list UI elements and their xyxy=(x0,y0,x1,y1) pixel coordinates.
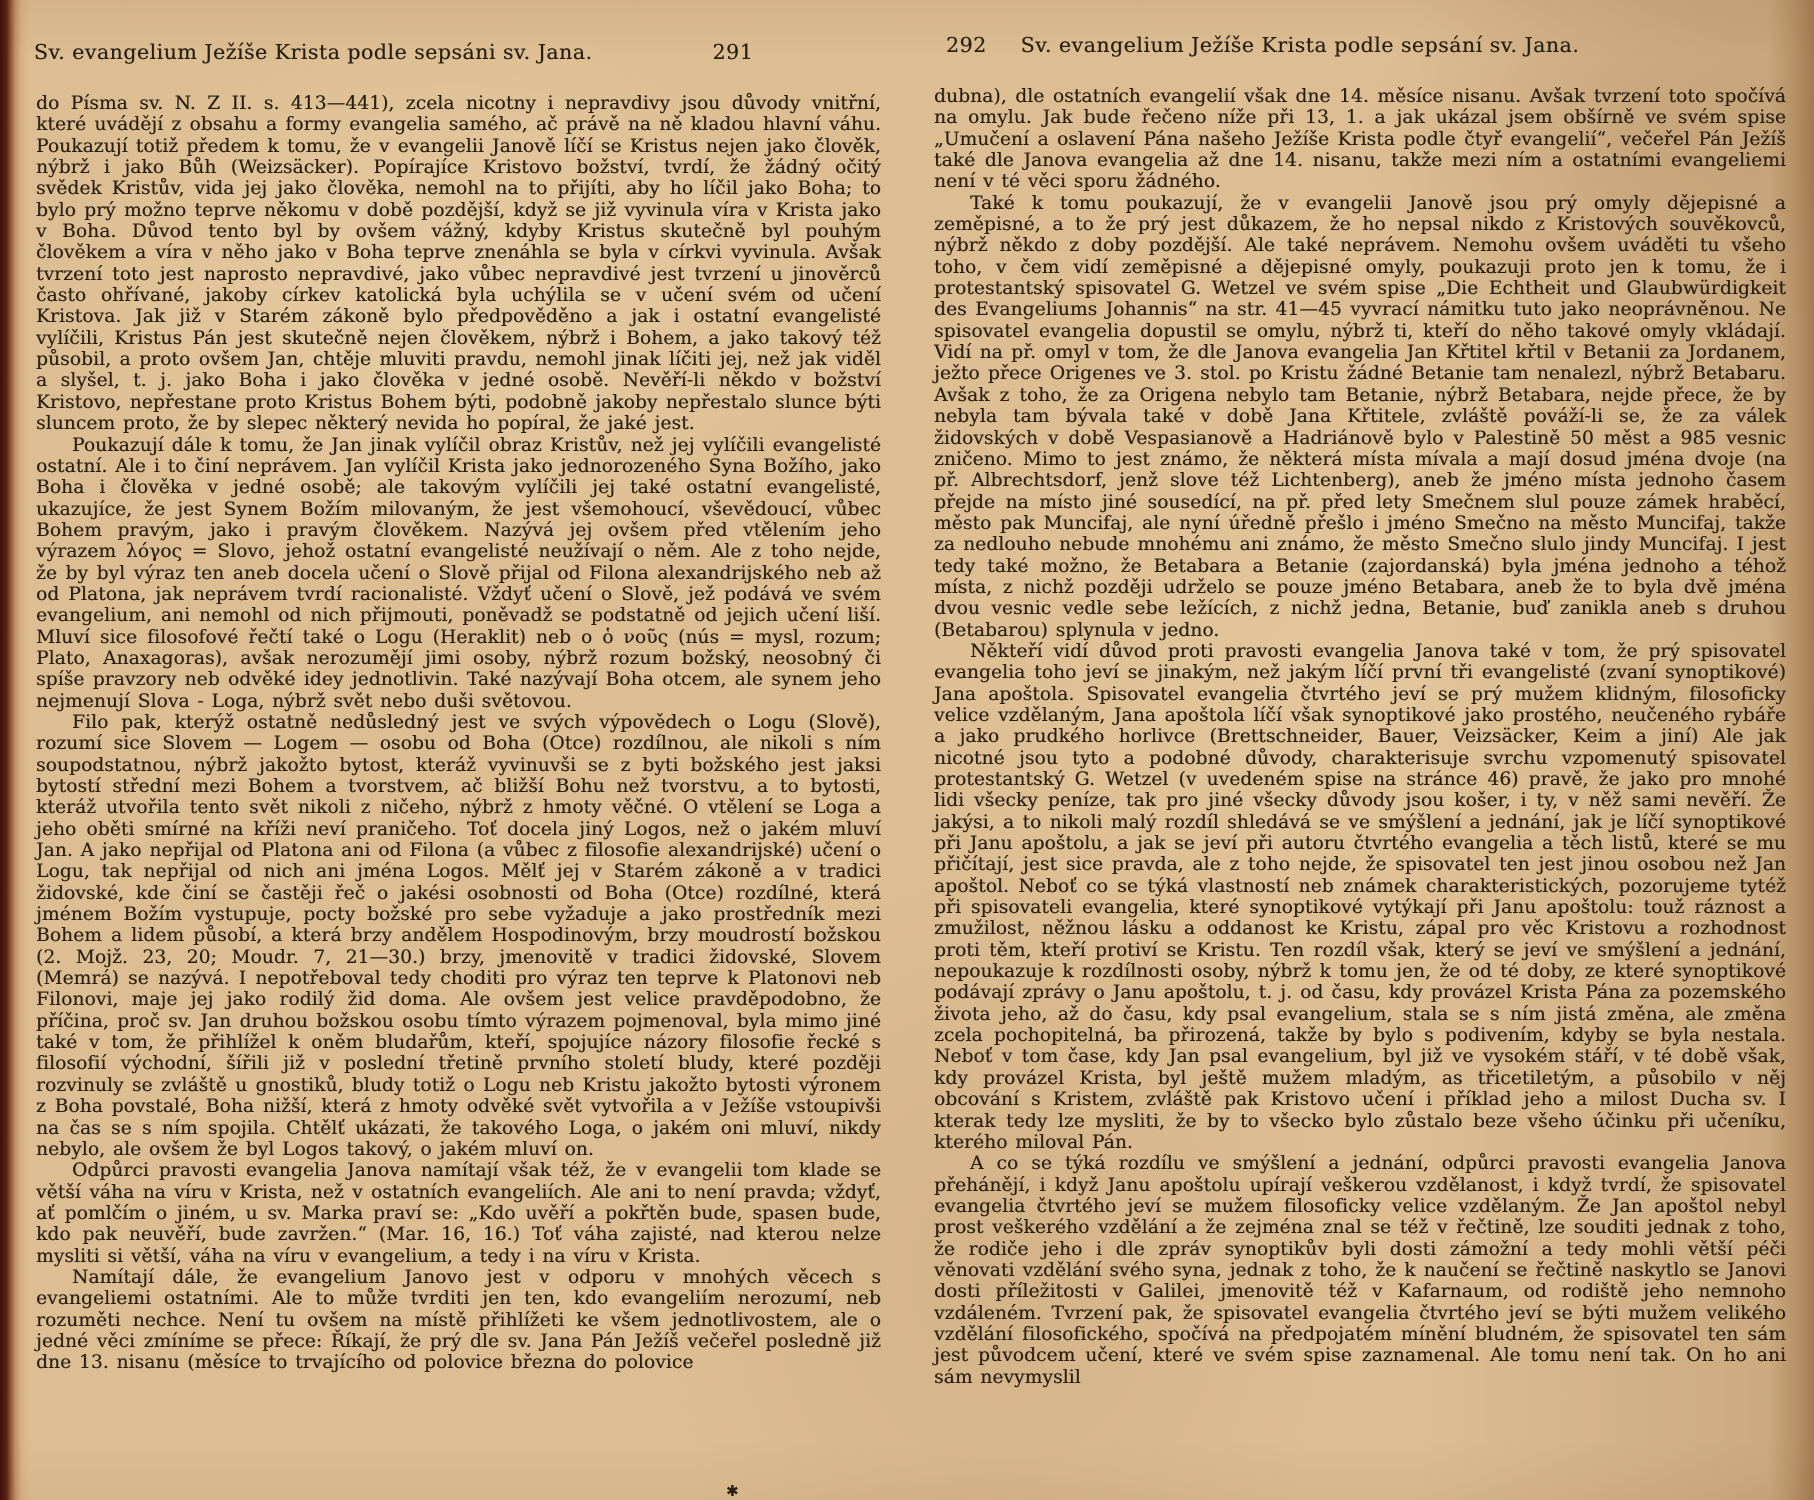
running-head-left: Sv. evangelium Ježíše Krista podle sepsá… xyxy=(36,40,881,64)
page-number: 291 xyxy=(712,40,753,64)
paragraph: Poukazují dále k tomu, že Jan jinak vylí… xyxy=(36,435,881,712)
text-body-right: dubna), dle ostatních evangelií však dne… xyxy=(934,86,1786,1388)
running-title: Sv. evangelium Ježíše Krista podle sepsá… xyxy=(34,40,593,64)
running-head-right: 292 Sv. evangelium Ježíše Krista podle s… xyxy=(934,33,1786,57)
page-291: Sv. evangelium Ježíše Krista podle sepsá… xyxy=(36,40,881,1492)
paragraph: A co se týká rozdílu ve smýšlení a jedná… xyxy=(934,1153,1786,1388)
paragraph: Někteří vidí důvod proti pravosti evange… xyxy=(934,641,1786,1153)
signature-mark: ✱ xyxy=(726,1482,739,1500)
page-292: 292 Sv. evangelium Ježíše Krista podle s… xyxy=(934,33,1786,1492)
paragraph: do Písma sv. N. Z II. s. 413—441), zcela… xyxy=(36,93,881,435)
paragraph: Také k tomu poukazují, že v evangelii Ja… xyxy=(934,193,1786,641)
paragraph: dubna), dle ostatních evangelií však dne… xyxy=(934,86,1786,193)
paragraph: Filo pak, kterýž ostatně nedůsledný jest… xyxy=(36,712,881,1160)
page-number: 292 xyxy=(946,33,987,57)
book-binding-edge xyxy=(0,0,30,1500)
running-title: Sv. evangelium Ježíše Krista podle sepsá… xyxy=(1021,33,1580,57)
text-body-left: do Písma sv. N. Z II. s. 413—441), zcela… xyxy=(36,93,881,1374)
paragraph: Namítají dále, že evangelium Janovo jest… xyxy=(36,1267,881,1374)
paragraph: Odpůrci pravosti evangelia Janova namíta… xyxy=(36,1160,881,1267)
